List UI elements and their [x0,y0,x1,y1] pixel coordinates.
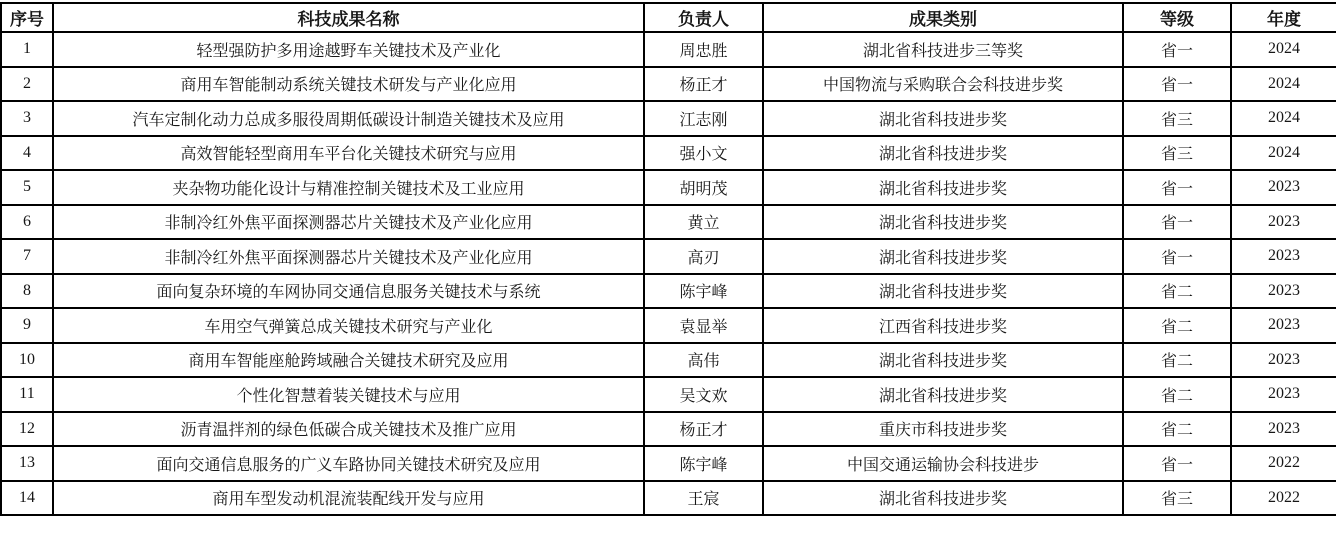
name-cell: 面向复杂环境的车网协同交通信息服务关键技术与系统 [53,274,644,309]
year-cell: 2024 [1231,136,1336,171]
col-header-name: 科技成果名称 [53,3,644,32]
table-row: 8面向复杂环境的车网协同交通信息服务关键技术与系统陈宇峰湖北省科技进步奖省二20… [1,274,1336,309]
name-cell: 商用车型发动机混流装配线开发与应用 [53,481,644,516]
year-cell: 2023 [1231,377,1336,412]
year-cell: 2023 [1231,170,1336,205]
name-cell: 商用车智能制动系统关键技术研发与产业化应用 [53,67,644,102]
leader-cell: 周忠胜 [644,32,763,67]
table-row: 2商用车智能制动系统关键技术研发与产业化应用杨正才中国物流与采购联合会科技进步奖… [1,67,1336,102]
achievements-table: 序号 科技成果名称 负责人 成果类别 等级 年度 1轻型强防护多用途越野车关键技… [0,2,1336,516]
grade-cell: 省一 [1123,67,1231,102]
table-row: 4高效智能轻型商用车平台化关键技术研究与应用强小文湖北省科技进步奖省三2024 [1,136,1336,171]
table-row: 11个性化智慧着装关键技术与应用吴文欢湖北省科技进步奖省二2023 [1,377,1336,412]
category-cell: 湖北省科技进步奖 [763,101,1123,136]
index-cell: 6 [1,205,53,240]
grade-cell: 省三 [1123,101,1231,136]
category-cell: 湖北省科技进步三等奖 [763,32,1123,67]
grade-cell: 省二 [1123,274,1231,309]
year-cell: 2023 [1231,412,1336,447]
leader-cell: 陈宇峰 [644,274,763,309]
table-row: 10商用车智能座舱跨域融合关键技术研究及应用高伟湖北省科技进步奖省二2023 [1,343,1336,378]
table-row: 5夹杂物功能化设计与精准控制关键技术及工业应用胡明茂湖北省科技进步奖省一2023 [1,170,1336,205]
year-cell: 2022 [1231,481,1336,516]
leader-cell: 胡明茂 [644,170,763,205]
leader-cell: 江志刚 [644,101,763,136]
index-cell: 11 [1,377,53,412]
index-cell: 4 [1,136,53,171]
category-cell: 湖北省科技进步奖 [763,170,1123,205]
category-cell: 湖北省科技进步奖 [763,239,1123,274]
grade-cell: 省一 [1123,170,1231,205]
name-cell: 沥青温拌剂的绿色低碳合成关键技术及推广应用 [53,412,644,447]
year-cell: 2024 [1231,67,1336,102]
index-cell: 13 [1,446,53,481]
table-row: 6非制冷红外焦平面探测器芯片关键技术及产业化应用黄立湖北省科技进步奖省一2023 [1,205,1336,240]
table-row: 13面向交通信息服务的广义车路协同关键技术研究及应用陈宇峰中国交通运输协会科技进… [1,446,1336,481]
grade-cell: 省二 [1123,343,1231,378]
category-cell: 湖北省科技进步奖 [763,377,1123,412]
index-cell: 7 [1,239,53,274]
category-cell: 重庆市科技进步奖 [763,412,1123,447]
grade-cell: 省二 [1123,412,1231,447]
index-cell: 9 [1,308,53,343]
index-cell: 14 [1,481,53,516]
leader-cell: 王宸 [644,481,763,516]
index-cell: 3 [1,101,53,136]
name-cell: 非制冷红外焦平面探测器芯片关键技术及产业化应用 [53,239,644,274]
index-cell: 8 [1,274,53,309]
category-cell: 湖北省科技进步奖 [763,343,1123,378]
index-cell: 12 [1,412,53,447]
year-cell: 2024 [1231,32,1336,67]
col-header-category: 成果类别 [763,3,1123,32]
grade-cell: 省三 [1123,136,1231,171]
category-cell: 湖北省科技进步奖 [763,205,1123,240]
category-cell: 湖北省科技进步奖 [763,481,1123,516]
index-cell: 2 [1,67,53,102]
name-cell: 车用空气弹簧总成关键技术研究与产业化 [53,308,644,343]
category-cell: 中国物流与采购联合会科技进步奖 [763,67,1123,102]
grade-cell: 省一 [1123,239,1231,274]
grade-cell: 省一 [1123,32,1231,67]
grade-cell: 省一 [1123,205,1231,240]
table-row: 7非制冷红外焦平面探测器芯片关键技术及产业化应用高刃湖北省科技进步奖省一2023 [1,239,1336,274]
name-cell: 轻型强防护多用途越野车关键技术及产业化 [53,32,644,67]
table-row: 12沥青温拌剂的绿色低碳合成关键技术及推广应用杨正才重庆市科技进步奖省二2023 [1,412,1336,447]
name-cell: 面向交通信息服务的广义车路协同关键技术研究及应用 [53,446,644,481]
leader-cell: 杨正才 [644,412,763,447]
leader-cell: 黄立 [644,205,763,240]
name-cell: 商用车智能座舱跨域融合关键技术研究及应用 [53,343,644,378]
col-header-year: 年度 [1231,3,1336,32]
name-cell: 个性化智慧着装关键技术与应用 [53,377,644,412]
col-header-grade: 等级 [1123,3,1231,32]
leader-cell: 强小文 [644,136,763,171]
header-row: 序号 科技成果名称 负责人 成果类别 等级 年度 [1,3,1336,32]
year-cell: 2023 [1231,205,1336,240]
leader-cell: 陈宇峰 [644,446,763,481]
category-cell: 湖北省科技进步奖 [763,136,1123,171]
leader-cell: 吴文欢 [644,377,763,412]
grade-cell: 省二 [1123,377,1231,412]
year-cell: 2023 [1231,274,1336,309]
index-cell: 5 [1,170,53,205]
table-row: 1轻型强防护多用途越野车关键技术及产业化周忠胜湖北省科技进步三等奖省一2024 [1,32,1336,67]
table-row: 14商用车型发动机混流装配线开发与应用王宸湖北省科技进步奖省三2022 [1,481,1336,516]
category-cell: 湖北省科技进步奖 [763,274,1123,309]
grade-cell: 省三 [1123,481,1231,516]
table-row: 3汽车定制化动力总成多服役周期低碳设计制造关键技术及应用江志刚湖北省科技进步奖省… [1,101,1336,136]
year-cell: 2024 [1231,101,1336,136]
category-cell: 江西省科技进步奖 [763,308,1123,343]
name-cell: 高效智能轻型商用车平台化关键技术研究与应用 [53,136,644,171]
grade-cell: 省二 [1123,308,1231,343]
category-cell: 中国交通运输协会科技进步 [763,446,1123,481]
leader-cell: 袁显举 [644,308,763,343]
name-cell: 非制冷红外焦平面探测器芯片关键技术及产业化应用 [53,205,644,240]
table-body: 1轻型强防护多用途越野车关键技术及产业化周忠胜湖北省科技进步三等奖省一20242… [1,32,1336,515]
leader-cell: 高刃 [644,239,763,274]
col-header-leader: 负责人 [644,3,763,32]
year-cell: 2023 [1231,239,1336,274]
year-cell: 2023 [1231,308,1336,343]
index-cell: 10 [1,343,53,378]
grade-cell: 省一 [1123,446,1231,481]
name-cell: 汽车定制化动力总成多服役周期低碳设计制造关键技术及应用 [53,101,644,136]
index-cell: 1 [1,32,53,67]
leader-cell: 高伟 [644,343,763,378]
col-header-index: 序号 [1,3,53,32]
year-cell: 2023 [1231,343,1336,378]
table-row: 9车用空气弹簧总成关键技术研究与产业化袁显举江西省科技进步奖省二2023 [1,308,1336,343]
leader-cell: 杨正才 [644,67,763,102]
name-cell: 夹杂物功能化设计与精准控制关键技术及工业应用 [53,170,644,205]
year-cell: 2022 [1231,446,1336,481]
